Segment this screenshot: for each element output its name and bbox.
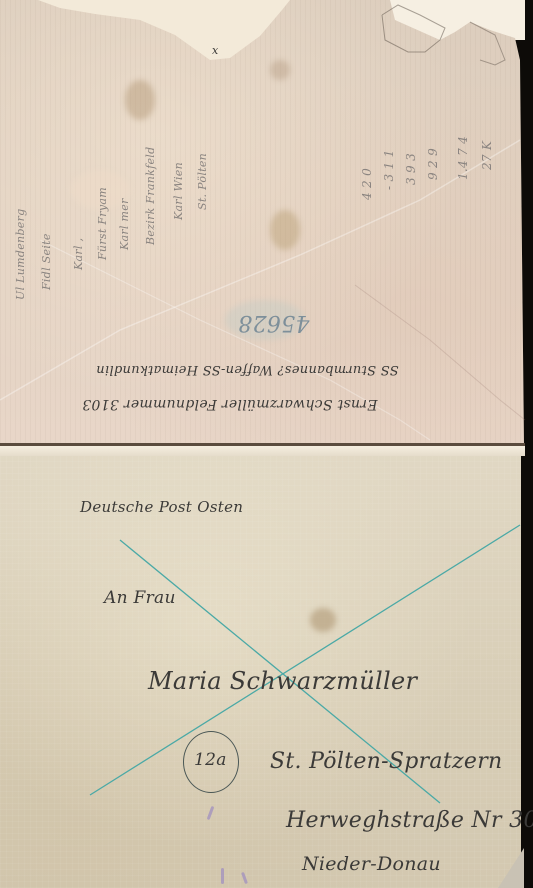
envelope-photo: x Ul Lumdenberg Fidl Seite Karl , Fürst … [0, 0, 533, 888]
recipient-name: Maria Schwarzmüller [148, 667, 417, 695]
region: Nieder-Donau [302, 853, 441, 875]
envelope-back [0, 0, 524, 446]
pencil-notes-right: 4 2 0 - 3 1 1 3 9 3 9 2 9 1.4 7 4 27 K [360, 200, 520, 220]
pencil-note: 1.4 7 4 [456, 136, 470, 180]
pencil-note: 4 2 0 [360, 168, 374, 200]
sender-line-2: SS Sturmbannes? Waffen-SS Heimatkundlin [96, 362, 399, 377]
pencil-note: Bezirk Frankfeld [144, 147, 157, 245]
city: St. Pölten-Spratzern [270, 749, 502, 774]
pencil-note: Ul Lumdenberg [14, 209, 27, 301]
pencil-note: Karl Wien [172, 162, 185, 220]
pencil-note: St. Pölten [196, 153, 209, 210]
fold-highlight [0, 446, 525, 456]
pencil-number: 45628 [238, 310, 310, 335]
salutation: An Frau [104, 588, 176, 608]
pencil-note: 9 2 9 [426, 148, 440, 180]
pencil-notes-left: Ul Lumdenberg Fidl Seite Karl , Fürst Fr… [14, 300, 234, 320]
corner-mark: x [212, 44, 219, 57]
pencil-note: 3 9 3 [404, 153, 418, 185]
pencil-note: Karl mer [118, 198, 131, 250]
pencil-note: Karl , [72, 238, 85, 270]
pencil-note: Fidl Seite [40, 233, 53, 290]
stain [270, 60, 290, 80]
violet-mark [221, 868, 224, 884]
pencil-note: Fürst Fryam [96, 187, 109, 260]
stain [310, 608, 336, 632]
pencil-note: - 3 1 1 [382, 149, 396, 190]
stain [125, 80, 155, 120]
pencil-note: 27 K [480, 141, 494, 170]
routing-note: Deutsche Post Osten [80, 498, 243, 516]
street: Herweghstraße Nr 30 [286, 808, 533, 833]
postal-district: 12a [194, 750, 227, 770]
stain [270, 210, 300, 250]
sender-line-1: Ernst Schwarzmüller Feldnummer 3103 [82, 396, 378, 412]
